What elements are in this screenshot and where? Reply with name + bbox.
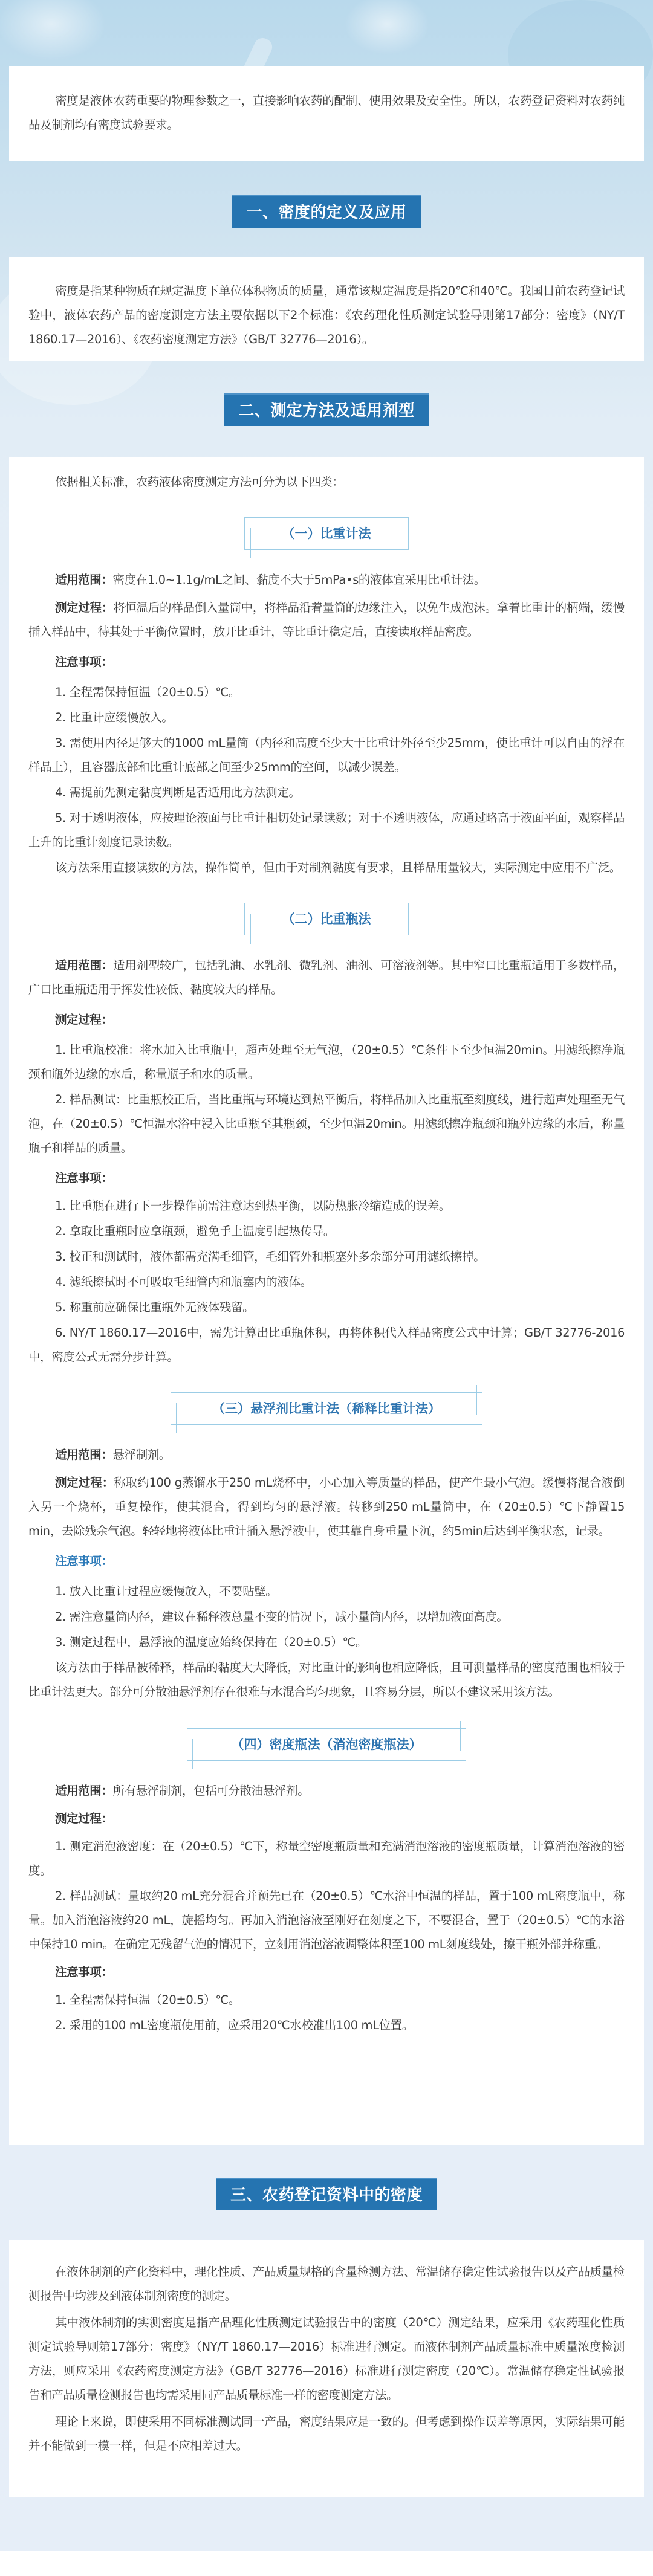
registration-paragraph: 理论上来说，即使采用不同标准测试同一产品，密度结果应是一致的。但考虑到操作误差等… (28, 2410, 625, 2458)
method-2-note: 5. 称重前应确保比重瓶外无液体残留。 (28, 1296, 625, 1320)
notes-label-highlighted: 注意事项： (55, 1554, 113, 1568)
heading-decor-line (476, 1385, 478, 1415)
method-2-scope: 适用剂型较广，包括乳油、水乳剂、微乳剂、油剂、可溶液剂等。其中窄口比重瓶适用于多… (28, 958, 625, 996)
method-2-note: 6. NY/T 1860.17—2016中，需先计算出比重瓶体积，再将体积代入样… (28, 1321, 625, 1369)
method-1-title: （一）比重计法 (282, 526, 371, 541)
scope-label: 适用范围： (55, 573, 113, 587)
notes-label: 注意事项： (55, 1171, 113, 1185)
method-2-process-step: 2. 样品测试：比重瓶校正后，当比重瓶与环境达到热平衡后，将样品加入比重瓶至刻度… (28, 1088, 625, 1160)
section-2-card: 依据相关标准，农药液体密度测定方法可分为以下四类： （一）比重计法 适用范围：密… (9, 457, 644, 2145)
method-3-note: 2. 需注意量筒内径，建议在稀释液总量不变的情况下，减小量筒内径，以增加液面高度… (28, 1605, 625, 1629)
method-2-note: 2. 拿取比重瓶时应拿瓶颈，避免手上温度引起热传导。 (28, 1219, 625, 1244)
process-label: 测定过程： (55, 1476, 114, 1490)
heading-decor-line (192, 1739, 193, 1769)
method-1-summary: 该方法采用直接读数的方法，操作简单，但由于对制剂黏度有要求，且样品用量较大，实际… (28, 856, 625, 880)
method-2-note: 3. 校正和测试时，液体都需充满毛细管，毛细管外和瓶塞外多余部分可用滤纸擦掉。 (28, 1245, 625, 1269)
method-1-scope: 密度在1.0~1.1g/mL之间、黏度不大于5mPa•s的液体宜采用比重计法。 (113, 573, 486, 587)
heading-decor-line (403, 510, 404, 540)
method-1-note: 3. 需使用内径足够大的1000 mL量筒（内径和高度至少大于比重计外径至少25… (28, 731, 625, 780)
process-label: 测定过程： (55, 601, 113, 615)
method-3-summary: 该方法由于样品被稀释，样品的黏度大大降低，对比重计的影响也相应降低，且可测量样品… (28, 1656, 625, 1704)
section-2-title: 二、测定方法及适用剂型 (238, 402, 415, 420)
heading-decor-line (250, 914, 251, 944)
scope-label: 适用范围： (55, 958, 113, 972)
method-3-process: 称取约100 g蒸馏水于250 mL烧杯中，小心加入等质量的样品，使产生最小气泡… (28, 1476, 625, 1538)
notes-label: 注意事项： (55, 1965, 113, 1979)
method-1-note: 2. 比重计应缓慢放入。 (28, 706, 625, 730)
scope-label: 适用范围： (55, 1784, 113, 1798)
method-1-note: 4. 需提前先测定黏度判断是否适用此方法测定。 (28, 781, 625, 805)
article-page: 密度是液体农药重要的物理参数之一，直接影响农药的配制、使用效果及安全性。所以，农… (0, 0, 653, 2551)
section-1-card: 密度是指某种物质在规定温度下单位体积物质的质量，通常该规定温度是指20℃和40℃… (9, 257, 644, 361)
section-3-title: 三、农药登记资料中的密度 (230, 2186, 423, 2204)
method-4-title: （四）密度瓶法（消泡密度瓶法） (232, 1737, 422, 1752)
method-4-process-step: 1. 测定消泡液密度：在（20±0.5）℃下，称量空密度瓶质量和充满消泡溶液的密… (28, 1835, 625, 1883)
scope-label: 适用范围： (55, 1448, 113, 1462)
section-2-header: 二、测定方法及适用剂型 (224, 393, 429, 426)
method-3-heading: （三）悬浮剂比重计法（稀释比重计法） (171, 1392, 482, 1425)
method-3-heading-wrap: （三）悬浮剂比重计法（稀释比重计法） (28, 1369, 625, 1443)
method-3-scope: 悬浮制剂。 (113, 1448, 171, 1462)
process-label: 测定过程： (55, 1812, 113, 1825)
method-3-note: 3. 测定过程中，悬浮液的温度应始终保持在（20±0.5）℃。 (28, 1630, 625, 1654)
method-4-scope: 所有悬浮制剂，包括可分散油悬浮剂。 (113, 1784, 310, 1798)
section-1-header: 一、密度的定义及应用 (232, 195, 421, 228)
definition-paragraph: 密度是指某种物质在规定温度下单位体积物质的质量，通常该规定温度是指20℃和40℃… (28, 279, 625, 352)
section-1-title: 一、密度的定义及应用 (246, 204, 406, 222)
process-label: 测定过程： (55, 1013, 113, 1027)
method-1-heading-wrap: （一）比重计法 (28, 494, 625, 568)
section-3-card: 在液体制剂的产化资料中，理化性质、产品质量规格的含量检测方法、常温储存稳定性试验… (9, 2240, 644, 2497)
methods-intro: 依据相关标准，农药液体密度测定方法可分为以下四类： (28, 470, 625, 494)
method-4-note: 1. 全程需保持恒温（20±0.5）℃。 (28, 1988, 625, 2012)
method-4-heading-wrap: （四）密度瓶法（消泡密度瓶法） (28, 1704, 625, 1779)
method-1-heading: （一）比重计法 (244, 517, 409, 550)
registration-paragraph: 其中液体制剂的实测密度是指产品理化性质测定试验报告中的密度（20℃）测定结果，应… (28, 2311, 625, 2407)
method-1-note: 1. 全程需保持恒温（20±0.5）℃。 (28, 680, 625, 705)
method-1-process: 将恒温后的样品倒入量筒中，将样品沿着量筒的边缘注入，以免生成泡沫。拿着比重计的柄… (28, 601, 625, 639)
method-1-note: 5. 对于透明液体，应按理论液面与比重计相切处记录读数；对于不透明液体，应通过略… (28, 806, 625, 854)
method-4-process-step: 2. 样品测试：量取约20 mL充分混合并预先已在（20±0.5）℃水浴中恒温的… (28, 1884, 625, 1957)
method-2-process-step: 1. 比重瓶校准：将水加入比重瓶中，超声处理至无气泡，（20±0.5）℃条件下至… (28, 1038, 625, 1086)
method-2-note: 1. 比重瓶在进行下一步操作前需注意达到热平衡，以防热胀冷缩造成的误差。 (28, 1194, 625, 1218)
method-2-heading-wrap: （二）比重瓶法 (28, 880, 625, 954)
heading-decor-line (460, 1721, 461, 1751)
method-4-note: 2. 采用的100 mL密度瓶使用前，应采用20℃水校准出100 mL位置。 (28, 2013, 625, 2038)
heading-decor-line (403, 896, 404, 926)
method-3-note: 1. 放入比重计过程应缓慢放入，不要贴壁。 (28, 1580, 625, 1604)
method-3-title: （三）悬浮剂比重计法（稀释比重计法） (212, 1401, 441, 1416)
intro-paragraph: 密度是液体农药重要的物理参数之一，直接影响农药的配制、使用效果及安全性。所以，农… (28, 89, 625, 137)
registration-paragraph: 在液体制剂的产化资料中，理化性质、产品质量规格的含量检测方法、常温储存稳定性试验… (28, 2260, 625, 2308)
method-2-note: 4. 滤纸擦拭时不可吸取毛细管内和瓶塞内的液体。 (28, 1270, 625, 1294)
intro-card: 密度是液体农药重要的物理参数之一，直接影响农药的配制、使用效果及安全性。所以，农… (9, 66, 644, 161)
heading-decor-line (176, 1403, 177, 1433)
section-3-header: 三、农药登记资料中的密度 (216, 2178, 437, 2210)
method-4-heading: （四）密度瓶法（消泡密度瓶法） (187, 1728, 466, 1761)
method-2-heading: （二）比重瓶法 (244, 903, 409, 935)
method-2-title: （二）比重瓶法 (282, 912, 371, 926)
heading-decor-line (250, 528, 251, 558)
notes-label: 注意事项： (55, 655, 113, 669)
